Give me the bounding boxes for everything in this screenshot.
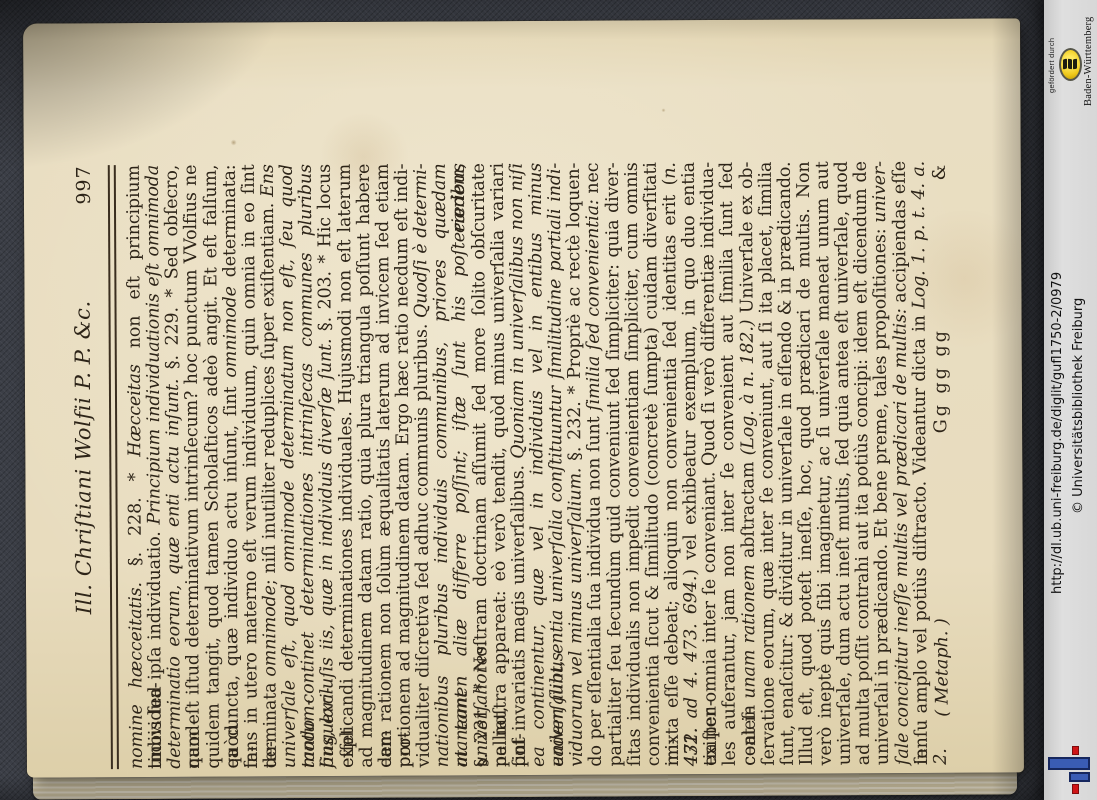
scan-page: Ill. Chriſtiani Wolfii P. P. &c. 997 nom… bbox=[23, 18, 1024, 777]
text-line: ſenſu amplo vel potiùs diſtracto. Videan… bbox=[910, 161, 932, 765]
body-text: nomine hæcceitatis. §. 228. * Hæcceitas … bbox=[125, 161, 932, 769]
running-header: Ill. Chriſtiani Wolfii P. P. &c. 997 bbox=[70, 165, 110, 769]
url-watermark: http://dl.ub.uni-freiburg.de/diglit/gufl… bbox=[1050, 272, 1065, 594]
baden-wuerttemberg-emblem-icon bbox=[1059, 48, 1082, 81]
volume-label: ( Metaph. ) bbox=[933, 618, 953, 717]
funding-org-label: Baden-Württemberg bbox=[1083, 16, 1094, 106]
metadata-strip: gefördert durch Baden-Württemberg http:/… bbox=[1044, 0, 1097, 800]
funding-label: gefördert durch bbox=[1047, 38, 1056, 93]
signature-line: ( Metaph. ) Gg gg gg & bbox=[931, 161, 953, 765]
catchword: & bbox=[931, 165, 950, 181]
page-number: 997 bbox=[73, 165, 95, 204]
signature-mark: Gg gg gg bbox=[932, 328, 952, 433]
page-reading-block: Ill. Chriſtiani Wolfii P. P. &c. 997 nom… bbox=[23, 18, 1024, 777]
text-block: Ill. Chriſtiani Wolfii P. P. &c. 997 nom… bbox=[70, 161, 953, 770]
running-header-title: Ill. Chriſtiani Wolfii P. P. &c. bbox=[70, 165, 97, 769]
copyright-watermark: © Universitätsbibliothek Freiburg bbox=[1071, 298, 1086, 514]
